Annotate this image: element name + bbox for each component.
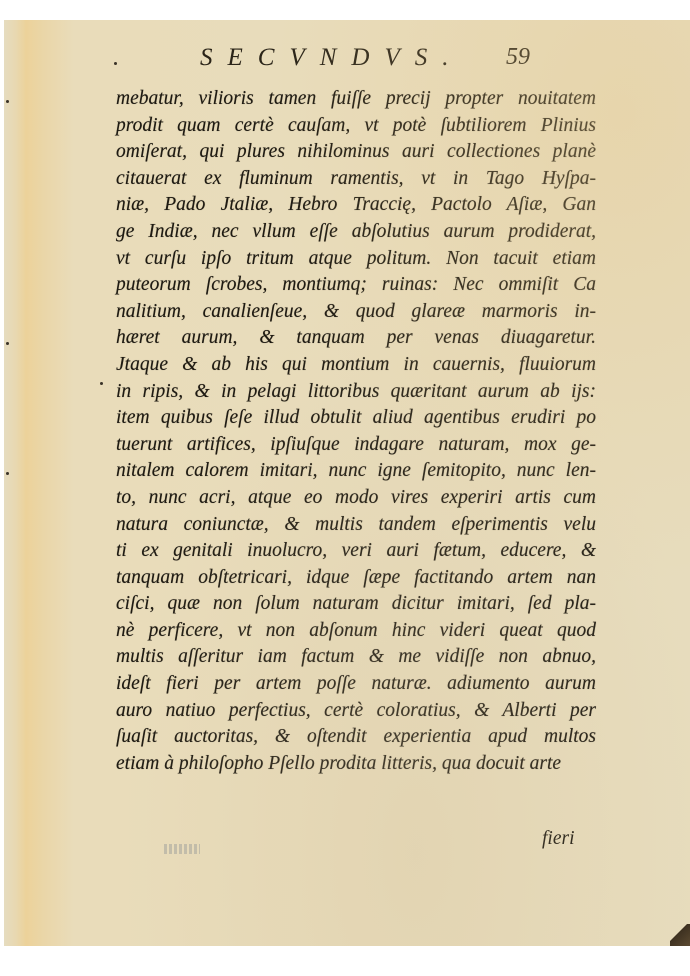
text-line: prodit quam certè cauſam, vt potè ſubtil…: [116, 113, 596, 140]
text-line: multis aſſeritur iam factum & me vidiſſe…: [116, 644, 596, 671]
paper-speck: [6, 342, 9, 345]
show-through-mark: [164, 844, 200, 854]
paper-speck: [100, 382, 103, 385]
text-line: ciſci, quæ non ſolum naturam dicitur imi…: [116, 591, 596, 618]
text-line: nalitium, canalienſeue, & quod glareæ ma…: [116, 299, 596, 326]
book-page: SECVNDVS. 59 mebatur, vilioris tamen fui…: [4, 20, 690, 946]
text-line: mebatur, vilioris tamen fuiſſe precij pr…: [116, 86, 596, 113]
text-line: etiam à philoſopho Pſello prodita litter…: [116, 751, 596, 778]
text-line: item quibus ſeſe illud obtulit aliud age…: [116, 405, 596, 432]
body-text: mebatur, vilioris tamen fuiſſe precij pr…: [116, 86, 596, 777]
text-line: ge Indiæ, nec vllum eſſe abſolutius auru…: [116, 219, 596, 246]
text-line: niæ, Pado Jtaliæ, Hebro Traccię, Pactolo…: [116, 192, 596, 219]
text-line: hæret aurum, & tanquam per venas diuagar…: [116, 325, 596, 352]
text-line: omiſerat, qui plures nihilominus auri co…: [116, 139, 596, 166]
paper-speck: [6, 472, 9, 475]
text-line: auro natiuo perfectius, certè coloratius…: [116, 698, 596, 725]
text-line: citauerat ex fluminum ramentis, vt in Ta…: [116, 166, 596, 193]
text-line: tuerunt artifices, ipſiuſque indagare na…: [116, 432, 596, 459]
text-line: ideſt fieri per artem poſſe naturæ. adiu…: [116, 671, 596, 698]
page-corner-shadow: [670, 924, 690, 946]
text-line: puteorum ſcrobes, montiumq; ruinas: Nec …: [116, 272, 596, 299]
text-line: nitalem calorem imitari, nunc igne ſemit…: [116, 458, 596, 485]
text-line: tanquam obſtetricari, idque ſæpe factita…: [116, 565, 596, 592]
running-head: SECVNDVS.: [200, 44, 463, 72]
text-line: ſuaſit auctoritas, & oſtendit experienti…: [116, 724, 596, 751]
text-line: in ripis, & in pelagi littoribus quærita…: [116, 379, 596, 406]
paper-speck: [6, 100, 9, 103]
text-line: vt curſu ipſo tritum atque politum. Non …: [116, 246, 596, 273]
page-number: 59: [506, 44, 530, 71]
text-line: natura coniunctæ, & multis tandem eſperi…: [116, 512, 596, 539]
text-line: ti ex genitali inuolucro, veri auri fætu…: [116, 538, 596, 565]
text-line: Jtaque & ab his qui montium in cauernis,…: [116, 352, 596, 379]
page-header: SECVNDVS. 59: [4, 44, 690, 84]
catchword: fieri: [542, 828, 575, 850]
paper-speck: [114, 62, 117, 65]
text-line: nè perficere, vt non abſonum hinc videri…: [116, 618, 596, 645]
text-line: to, nunc acri, atque eo modo vires exper…: [116, 485, 596, 512]
